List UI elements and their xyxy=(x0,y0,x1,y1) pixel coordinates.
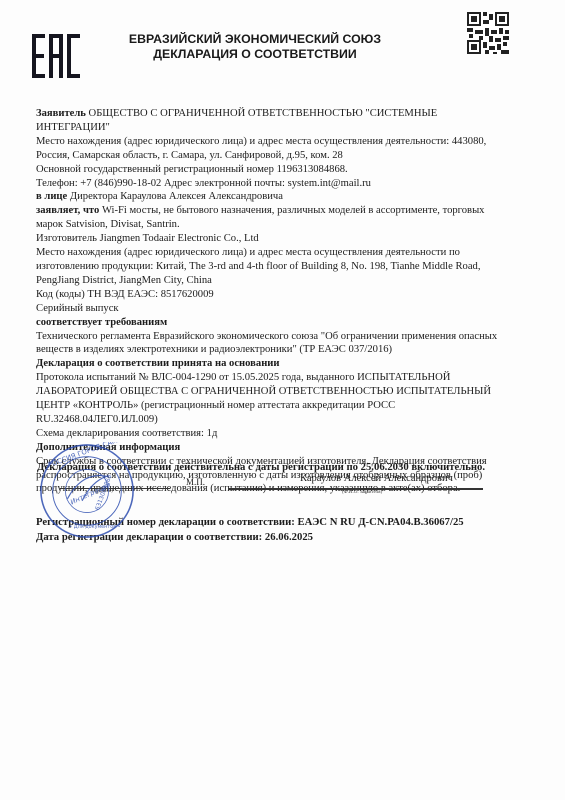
signer-name-caption: (Ф.И.О. заявителя) xyxy=(342,490,382,495)
applicant-address-2: Россия, Самарская область, г. Самара, ул… xyxy=(36,149,556,163)
manufacturer: Изготовитель Jiangmen Todaair Electronic… xyxy=(36,232,556,246)
basis-label: Декларация о соответствии принята на осн… xyxy=(36,357,556,371)
signer-name: Караулов Алексей Александрович xyxy=(300,473,453,484)
svg-text:• Для документов •: • Для документов • xyxy=(69,524,120,530)
representative-label: в лице xyxy=(36,191,67,202)
hs-code: Код (коды) ТН ВЭД ЕАЭС: 8517620009 xyxy=(36,288,556,302)
eac-logo-icon xyxy=(32,32,80,80)
production-type: Серийный выпуск xyxy=(36,302,556,316)
basis-line-1: Протокола испытаний № ВЛС-004-1290 от 15… xyxy=(36,371,556,385)
declaration-body: Заявитель ОБЩЕСТВО С ОГРАНИЧЕННОЙ ОТВЕТС… xyxy=(36,107,556,496)
requirements-line-1: Технического регламента Евразийского эко… xyxy=(36,330,556,344)
product-brands: марок Satvision, Divisat, Santrin. xyxy=(36,218,556,232)
applicant-ogrn: Основной государственный регистрационный… xyxy=(36,163,556,177)
basis-line-2: ЛАБОРАТОРИЕЙ ОБЩЕСТВА С ОГРАНИЧЕННОЙ ОТВ… xyxy=(36,385,556,399)
applicant-contacts: Телефон: +7 (846)990-18-02 Адрес электро… xyxy=(36,177,556,191)
applicant-name: ОБЩЕСТВО С ОГРАНИЧЕННОЙ ОТВЕТСТВЕННОСТЬЮ… xyxy=(86,108,437,119)
company-seal-icon: РОССИЯ ГОРОД САМАРА 6313084868 Интеграци… xyxy=(38,442,136,540)
manufacturer-address-3: PengJiang District, JiangMen City, China xyxy=(36,274,556,288)
manufacturer-address-1: Место нахождения (адрес юридического лиц… xyxy=(36,246,556,260)
declaration-title: ДЕКЛАРАЦИЯ О СООТВЕТСТВИИ xyxy=(120,47,390,62)
manufacturer-address-2: изготовлению продукции: Китай, The 3-rd … xyxy=(36,260,556,274)
product-declares: заявляет, что Wi-Fi мосты, не бытового н… xyxy=(36,204,556,218)
requirements-line-2: веществ в изделиях электротехники и ради… xyxy=(36,343,556,357)
applicant-line: Заявитель ОБЩЕСТВО С ОГРАНИЧЕННОЙ ОТВЕТС… xyxy=(36,107,556,121)
document-header: ЕВРАЗИЙСКИЙ ЭКОНОМИЧЕСКИЙ СОЮЗ ДЕКЛАРАЦИ… xyxy=(120,32,390,62)
applicant-address-1: Место нахождения (адрес юридического лиц… xyxy=(36,135,556,149)
qr-code-icon xyxy=(467,12,509,54)
applicant-name-cont: ИНТЕГРАЦИИ" xyxy=(36,121,556,135)
stamp-place-label: М.П. xyxy=(186,477,205,487)
svg-text:РОССИЯ ГОРОД САМАРА: РОССИЯ ГОРОД САМАРА xyxy=(47,442,132,469)
applicant-label: Заявитель xyxy=(36,108,86,119)
declaration-scheme: Схема декларирования соответствия: 1д xyxy=(36,427,556,441)
requirements-label: соответствует требованиям xyxy=(36,316,556,330)
basis-line-4: RU.32468.04ЛЕГ0.ИЛ.009) xyxy=(36,413,556,427)
representative-value: Директора Караулова Алексея Александрови… xyxy=(67,191,283,202)
declares-label: заявляет, что xyxy=(36,205,99,216)
basis-line-3: ЦЕНТР «КОНТРОЛЬ» (регистрационный номер … xyxy=(36,399,556,413)
product-description: Wi-Fi мосты, не бытового назначения, раз… xyxy=(99,205,484,216)
union-title: ЕВРАЗИЙСКИЙ ЭКОНОМИЧЕСКИЙ СОЮЗ xyxy=(120,32,390,47)
applicant-representative: в лице Директора Караулова Алексея Алекс… xyxy=(36,190,556,204)
declaration-page: ЕВРАЗИЙСКИЙ ЭКОНОМИЧЕСКИЙ СОЮЗ ДЕКЛАРАЦИ… xyxy=(0,0,565,800)
